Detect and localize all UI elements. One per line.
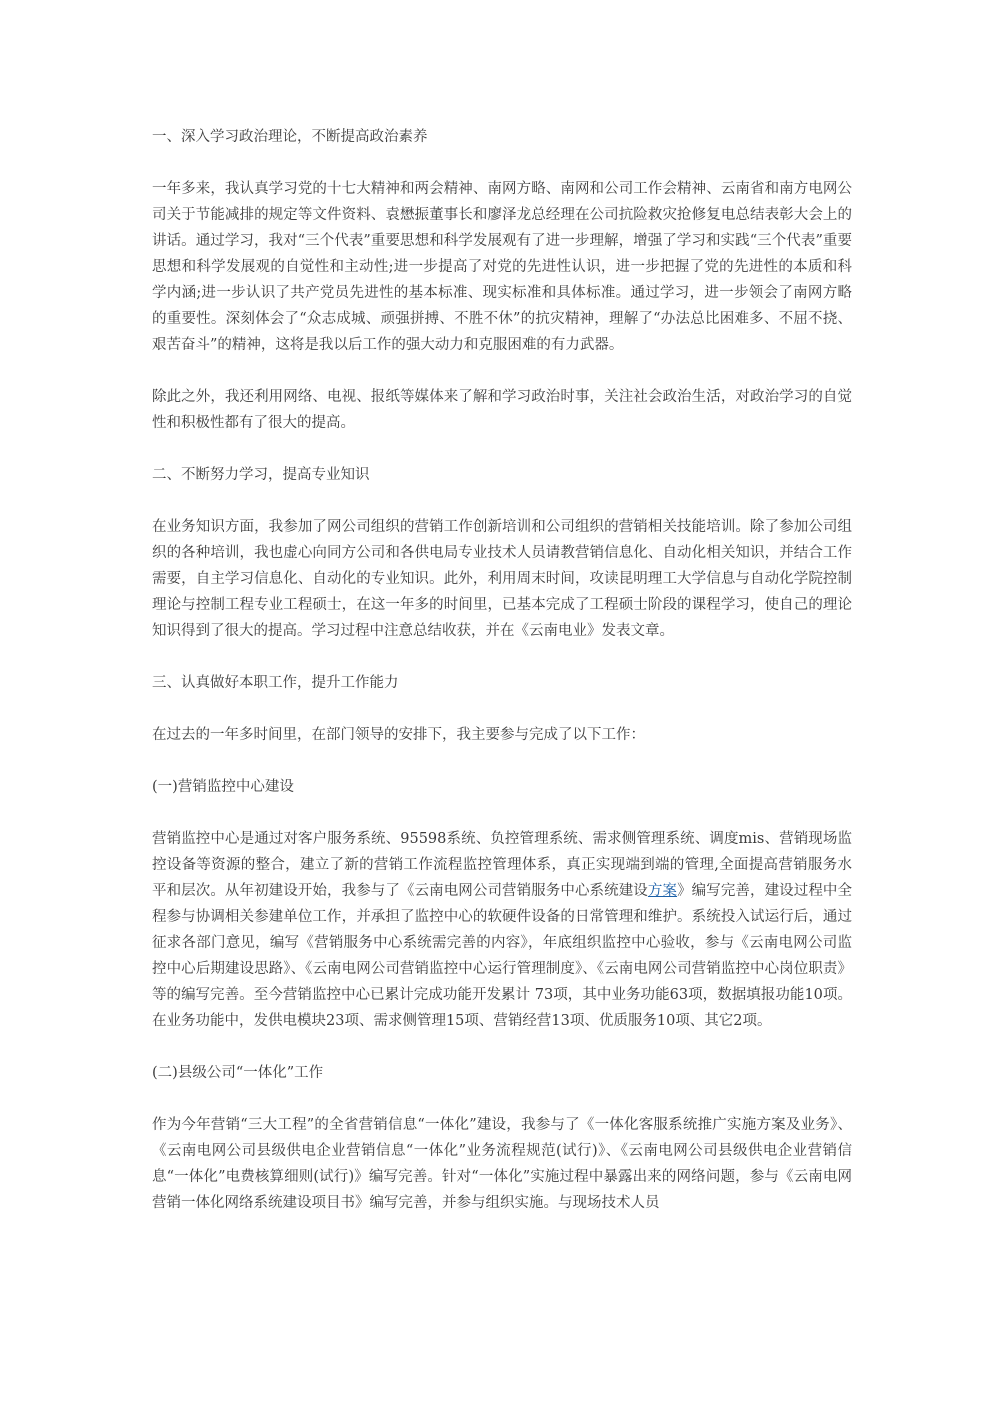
section-1-paragraph-1: 一年多来，我认真学习党的十七大精神和两会精神、南网方略、南网和公司工作会精神、云… [152,176,852,358]
subsection-2-heading: (二)县级公司“一体化”工作 [152,1060,852,1086]
section-2-heading: 二、不断努力学习，提高专业知识 [152,462,852,488]
subsection-1-paragraph: 营销监控中心是通过对客户服务系统、95598系统、负控管理系统、需求侧管理系统、… [152,826,852,1034]
section-1-heading: 一、深入学习政治理论，不断提高政治素养 [152,124,852,150]
section-3-heading: 三、认真做好本职工作，提升工作能力 [152,670,852,696]
subsection-1-heading: (一)营销监控中心建设 [152,774,852,800]
plan-link[interactable]: 方案 [648,883,677,899]
section-3-intro: 在过去的一年多时间里，在部门领导的安排下，我主要参与完成了以下工作： [152,722,852,748]
subsection-2-paragraph: 作为今年营销“三大工程”的全省营销信息“一体化”建设，我参与了《一体化客服系统推… [152,1112,852,1216]
document-page: 一、深入学习政治理论，不断提高政治素养 一年多来，我认真学习党的十七大精神和两会… [152,124,852,1242]
section-1-paragraph-2: 除此之外，我还利用网络、电视、报纸等媒体来了解和学习政治时事，关注社会政治生活，… [152,384,852,436]
section-2-paragraph-1: 在业务知识方面，我参加了网公司组织的营销工作创新培训和公司组织的营销相关技能培训… [152,514,852,644]
paragraph-text-after-link: 》编写完善，建设过程中全程参与协调相关参建单位工作，并承担了监控中心的软硬件设备… [152,883,852,1029]
